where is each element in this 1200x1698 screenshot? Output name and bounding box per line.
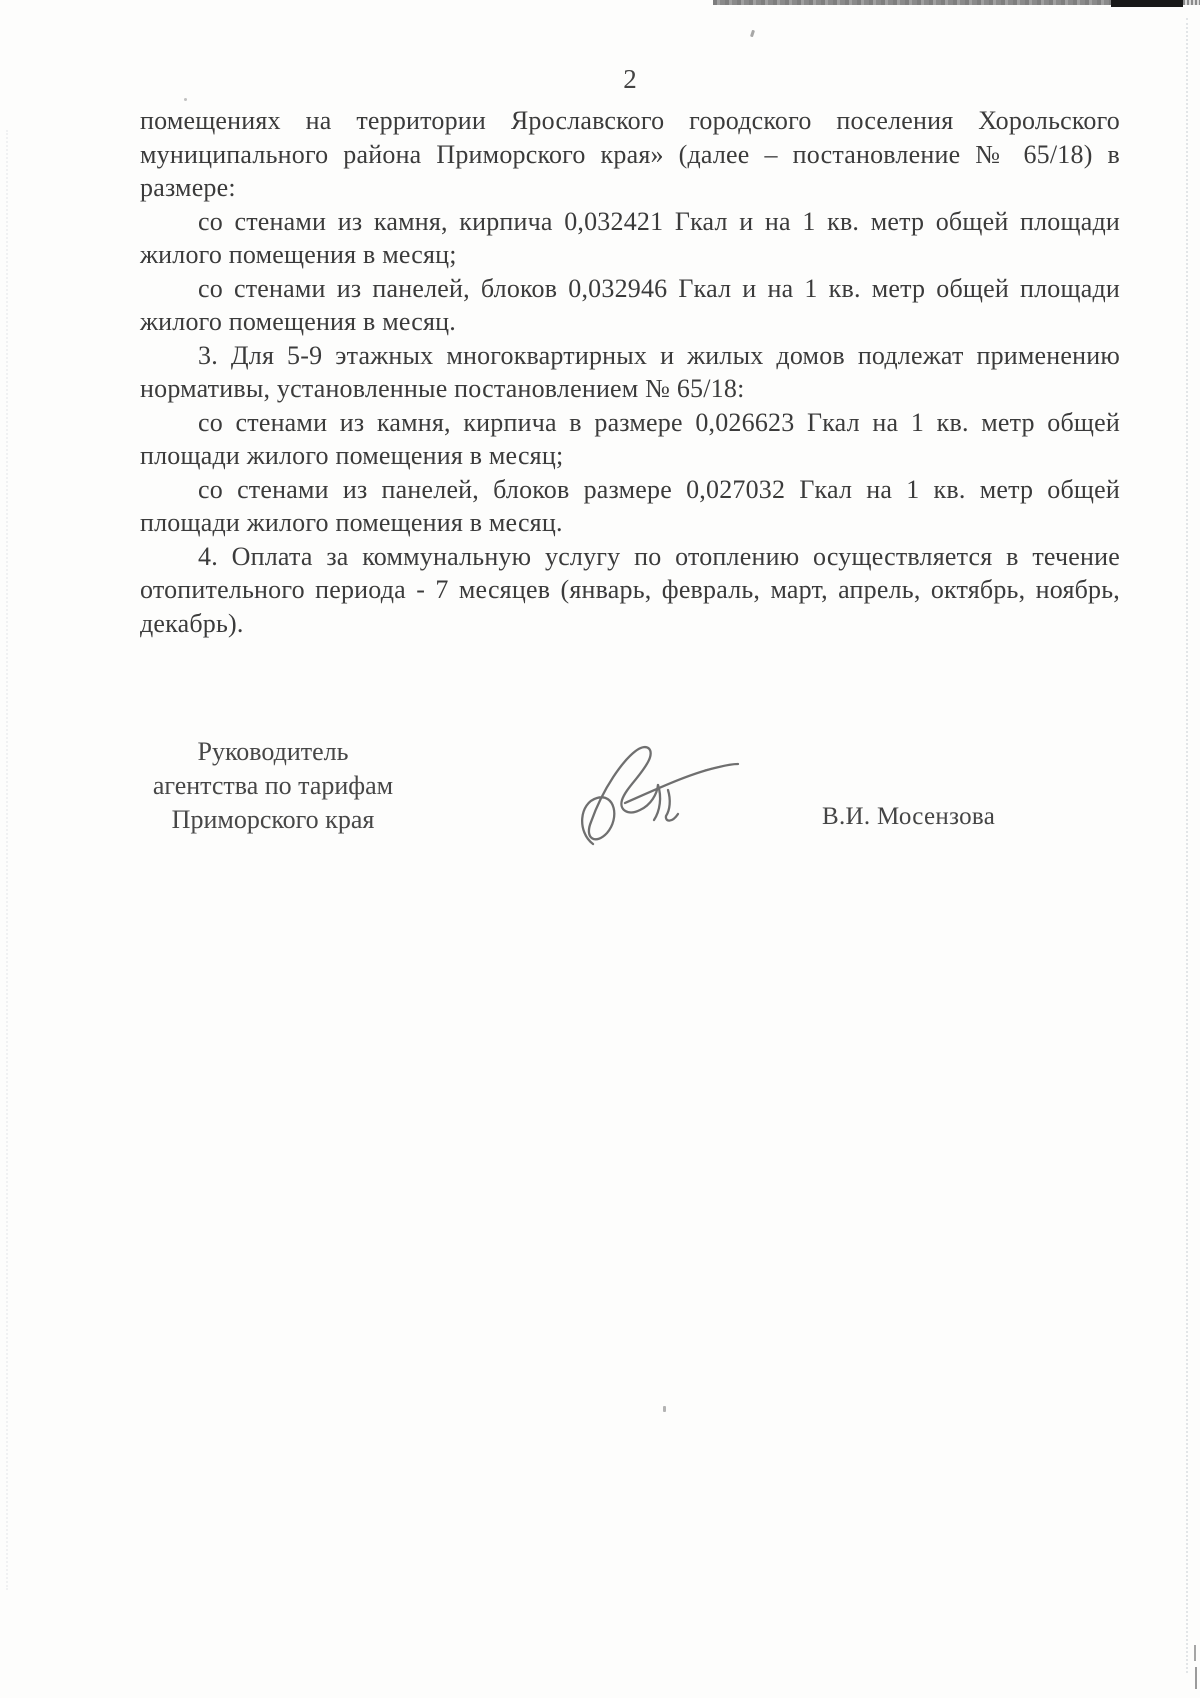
scan-edge-bar-hatch-segment — [1183, 0, 1200, 5]
scan-tick-bottom-right-1 — [1194, 1645, 1196, 1661]
scan-edge-bar — [713, 0, 1200, 8]
body-paragraph-5: со стенами из камня, кирпича в размере 0… — [140, 406, 1120, 473]
signatory-title-line-1: Руководитель — [130, 735, 416, 769]
handwritten-signature-icon — [577, 740, 741, 850]
body-paragraph-7: 4. Оплата за коммунальную услугу по отоп… — [140, 540, 1120, 641]
body-paragraph-6: со стенами из панелей, блоков размере 0,… — [140, 473, 1120, 540]
scan-edge-bar-black-segment — [1111, 0, 1183, 7]
signatory-title-line-3: Приморского края — [130, 803, 416, 837]
signee-name: В.И. Мосензова — [822, 803, 995, 831]
page-number: 2 — [140, 64, 1120, 95]
body-paragraph-3: со стенами из панелей, блоков 0,032946 Г… — [140, 272, 1120, 339]
body-paragraph-1: помещениях на территории Ярославского го… — [140, 104, 1120, 205]
body-paragraph-4: 3. Для 5-9 этажных многоквартирных и жил… — [140, 339, 1120, 406]
scan-speck-top — [750, 30, 755, 38]
document-body: помещениях на территории Ярославского го… — [140, 104, 1120, 640]
scan-dotted-line-left — [6, 130, 8, 1590]
signatory-title-block: Руководитель агентства по тарифам Примор… — [130, 735, 416, 837]
scan-dotted-line-right — [1186, 18, 1188, 1673]
scan-speck-middle — [663, 1406, 666, 1412]
document-page: 2 помещениях на территории Ярославского … — [0, 0, 1200, 1698]
scan-edge-bar-gray-segment — [713, 0, 1111, 5]
body-paragraph-2: со стенами из камня, кирпича 0,032421 Гк… — [140, 205, 1120, 272]
scan-speck-upper-left — [184, 98, 187, 101]
signatory-title-line-2: агентства по тарифам — [130, 769, 416, 803]
scan-tick-bottom-right-2 — [1195, 1667, 1197, 1689]
